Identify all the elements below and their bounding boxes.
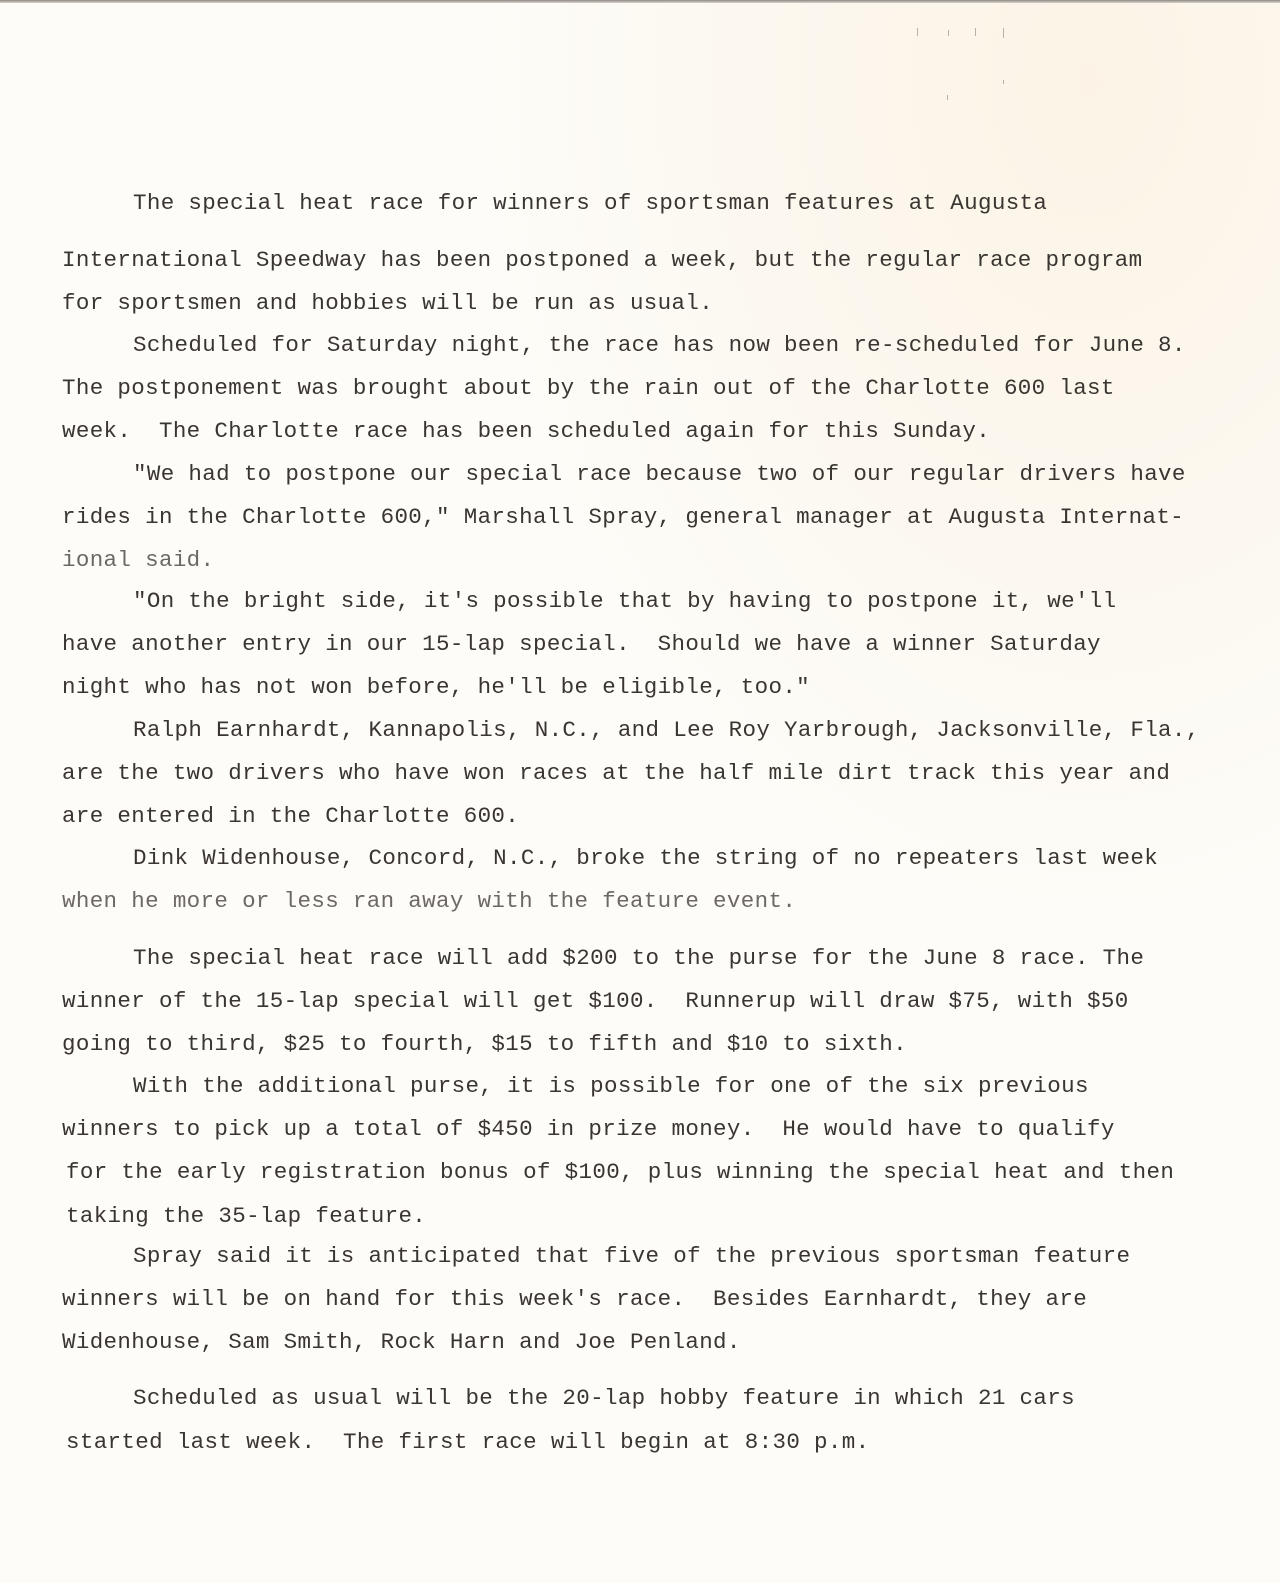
paragraph-4-line-3: night who has not won before, he'll be e… (62, 674, 810, 700)
paragraph-1-line-2: International Speedway has been postpone… (62, 247, 1142, 273)
paragraph-3-line-3: ional said. (62, 547, 214, 573)
paragraph-7-line-1: The special heat race will add $200 to t… (133, 945, 1144, 971)
paragraph-1-line-3: for sportsmen and hobbies will be run as… (62, 290, 713, 316)
paragraph-2-line-2: The postponement was brought about by th… (62, 375, 1115, 401)
paragraph-7-line-3: going to third, $25 to fourth, $15 to fi… (62, 1031, 907, 1057)
paragraph-8-line-2: winners to pick up a total of $450 in pr… (62, 1116, 1115, 1142)
paragraph-5-line-1: Ralph Earnhardt, Kannapolis, N.C., and L… (133, 717, 1200, 743)
paragraph-1-line-1: The special heat race for winners of spo… (133, 190, 1047, 216)
paragraph-2-line-1: Scheduled for Saturday night, the race h… (133, 332, 1186, 358)
paragraph-10-line-1: Scheduled as usual will be the 20-lap ho… (133, 1385, 1075, 1411)
paragraph-8-line-1: With the additional purse, it is possibl… (133, 1073, 1089, 1099)
paragraph-4-line-1: "On the bright side, it's possible that … (133, 588, 1117, 614)
paragraph-8-line-3: for the early registration bonus of $100… (66, 1159, 1174, 1185)
paragraph-9-line-1: Spray said it is anticipated that five o… (133, 1243, 1130, 1269)
paragraph-4-line-2: have another entry in our 15-lap special… (62, 631, 1101, 657)
paragraph-9-line-2: winners will be on hand for this week's … (62, 1286, 1087, 1312)
paragraph-3-line-1: "We had to postpone our special race bec… (133, 461, 1186, 487)
paragraph-9-line-3: Widenhouse, Sam Smith, Rock Harn and Joe… (62, 1329, 741, 1355)
paragraph-5-line-3: are entered in the Charlotte 600. (62, 803, 519, 829)
paragraph-2-line-3: week. The Charlotte race has been schedu… (62, 418, 990, 444)
paragraph-3-line-2: rides in the Charlotte 600," Marshall Sp… (62, 504, 1184, 530)
paragraph-10-line-2: started last week. The first race will b… (66, 1429, 869, 1455)
paragraph-8-line-4: taking the 35-lap feature. (66, 1203, 426, 1229)
typewritten-document: The special heat race for winners of spo… (0, 0, 1280, 1583)
paragraph-5-line-2: are the two drivers who have won races a… (62, 760, 1170, 786)
paragraph-6-line-2: when he more or less ran away with the f… (62, 888, 796, 914)
paragraph-7-line-2: winner of the 15-lap special will get $1… (62, 988, 1129, 1014)
paragraph-6-line-1: Dink Widenhouse, Concord, N.C., broke th… (133, 845, 1158, 871)
